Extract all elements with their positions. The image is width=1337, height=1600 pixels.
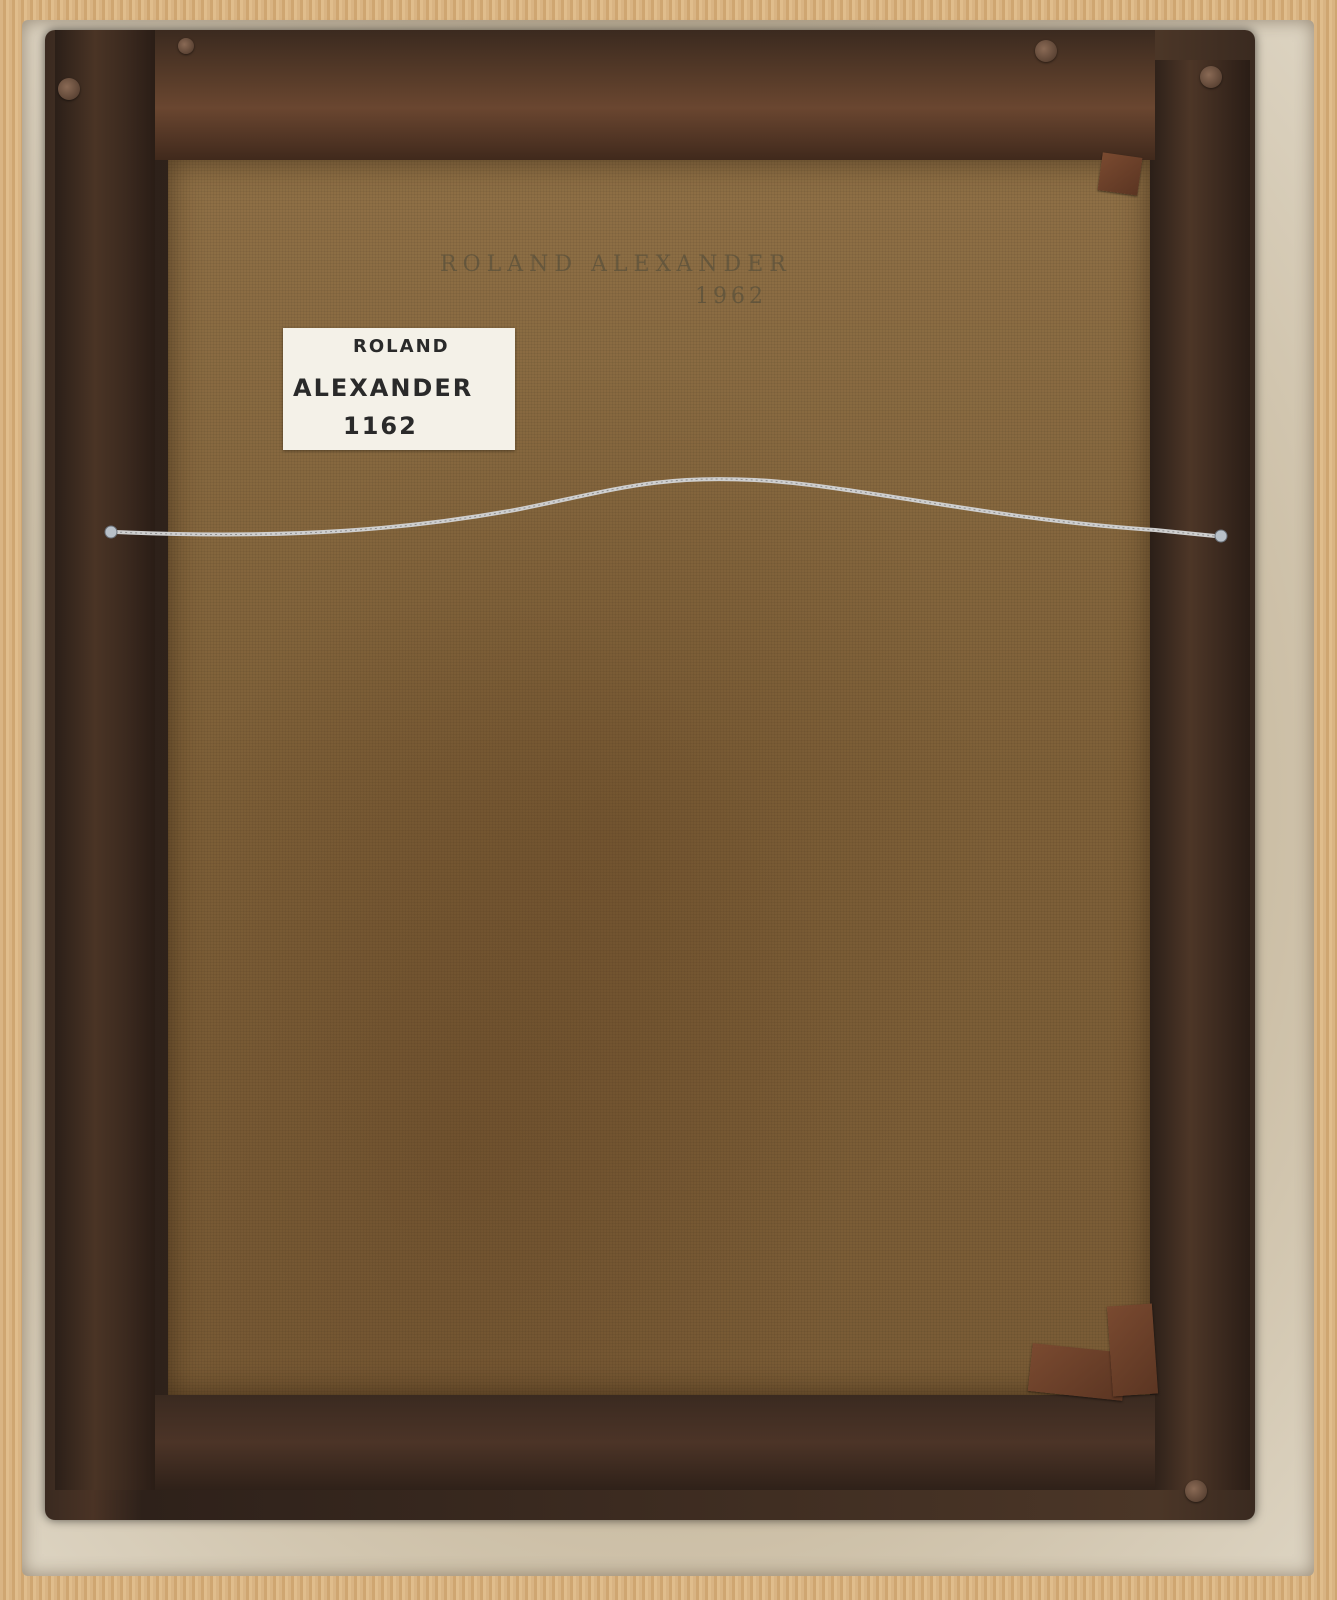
label-first-name: ROLAND xyxy=(353,336,450,357)
stretcher-left-bar xyxy=(55,30,155,1490)
hanging-wire-icon xyxy=(95,470,1245,560)
pencil-inscription-year: 1962 xyxy=(695,284,767,309)
corner-key xyxy=(1098,152,1143,195)
artist-label: ROLAND ALEXANDER 1162 xyxy=(283,328,515,450)
label-number: 1162 xyxy=(343,412,418,440)
tack-icon xyxy=(178,38,194,54)
tack-icon xyxy=(1035,40,1057,62)
screw-eye-left-icon xyxy=(105,526,117,538)
corner-key xyxy=(1107,1304,1158,1397)
pencil-inscription: ROLAND ALEXANDER 1962 xyxy=(440,252,840,322)
stretcher-right-bar xyxy=(1150,60,1250,1490)
pencil-inscription-name: ROLAND ALEXANDER xyxy=(440,252,792,277)
label-last-name: ALEXANDER xyxy=(293,374,473,402)
tack-icon xyxy=(1200,66,1222,88)
stretcher-top-bar xyxy=(155,30,1155,160)
tack-icon xyxy=(1185,1480,1207,1502)
tack-icon xyxy=(58,78,80,100)
screw-eye-right-icon xyxy=(1215,530,1227,542)
stretcher-bottom-bar xyxy=(155,1395,1155,1490)
